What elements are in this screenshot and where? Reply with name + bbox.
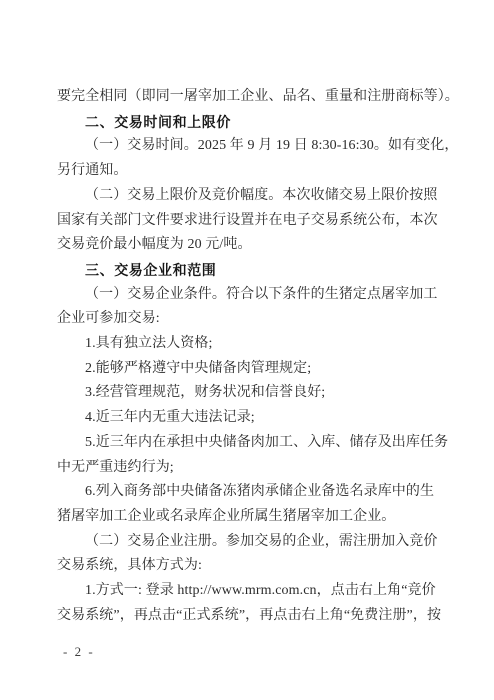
document-text-block: 要完全相同（即同一屠宰加工企业、品名、重量和注册商标等）。二、交易时间和上限价（… [57, 85, 441, 628]
text-line: 企业可参加交易: [57, 307, 441, 332]
section-heading: 三、交易企业和范围 [57, 258, 441, 283]
text-line: 猪屠宰加工企业或名录库企业所属生猪屠宰加工企业。 [57, 505, 441, 530]
section-heading: 二、交易时间和上限价 [57, 110, 441, 135]
text-line: 交易竞价最小幅度为 20 元/吨。 [57, 233, 441, 258]
text-line: 国家有关部门文件要求进行设置并在电子交易系统公布，本次 [57, 209, 441, 234]
text-line: （二）交易上限价及竞价幅度。本次收储交易上限价按照 [57, 184, 441, 209]
text-line: 1.具有独立法人资格; [57, 332, 441, 357]
text-line: 另行通知。 [57, 159, 441, 184]
text-line: 5.近三年内在承担中央储备肉加工、入库、储存及出库任务 [57, 431, 441, 456]
text-line: （二）交易企业注册。参加交易的企业，需注册加入竞价 [57, 530, 441, 555]
page-number: - 2 - [63, 644, 95, 660]
text-line: 3.经营管理规范，财务状况和信誉良好; [57, 381, 441, 406]
text-line: 1.方式一: 登录 http://www.mrm.com.cn，点击右上角“竞价 [57, 579, 441, 604]
text-line: 4.近三年内无重大违法记录; [57, 406, 441, 431]
text-line: 交易系统，具体方式为: [57, 554, 441, 579]
text-line: （一）交易时间。2025 年 9 月 19 日 8:30-16:30。如有变化， [57, 134, 441, 159]
text-line: 中无严重违约行为; [57, 456, 441, 481]
text-line: 要完全相同（即同一屠宰加工企业、品名、重量和注册商标等）。 [57, 85, 441, 110]
text-line: 6.列入商务部中央储备冻猪肉承储企业备选名录库中的生 [57, 480, 441, 505]
text-line: 2.能够严格遵守中央储备肉管理规定; [57, 357, 441, 382]
text-line: 交易系统”，再点击“正式系统”，再点击右上角“免费注册”，按 [57, 604, 441, 629]
text-line: （一）交易企业条件。符合以下条件的生猪定点屠宰加工 [57, 283, 441, 308]
document-page: 要完全相同（即同一屠宰加工企业、品名、重量和注册商标等）。二、交易时间和上限价（… [0, 0, 494, 700]
